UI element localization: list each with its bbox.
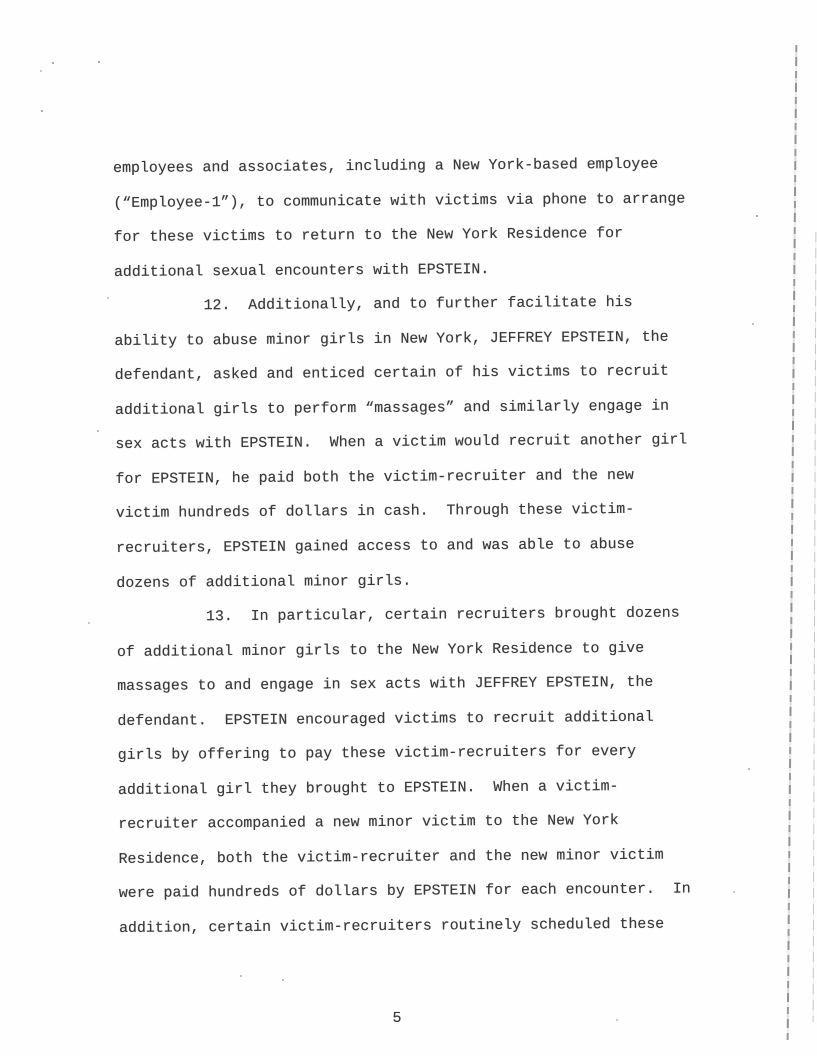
text-line: dozens of additional minor girls. bbox=[116, 562, 756, 602]
scan-speck bbox=[616, 1019, 618, 1021]
text-line: additional sexual encounters with EPSTEI… bbox=[114, 251, 754, 291]
text-line: (“Employee-1”), to communicate with vict… bbox=[113, 182, 753, 222]
text-line: Residence, both the victim-recruiter and… bbox=[118, 838, 758, 878]
text-line: addition, certain victim-recruiters rout… bbox=[119, 907, 759, 947]
text-line: additional girls to perform “massages” a… bbox=[115, 389, 755, 429]
text-line: ability to abuse minor girls in New York… bbox=[114, 320, 754, 360]
scanned-court-document-page: employees and associates, including a Ne… bbox=[0, 0, 817, 1056]
text-line: recruiters, EPSTEIN gained access to and… bbox=[116, 527, 756, 567]
paragraph-12: 12. Additionally, and to further facilit… bbox=[114, 285, 756, 601]
scan-speck bbox=[240, 975, 242, 977]
body-text: employees and associates, including a Ne… bbox=[113, 147, 759, 947]
text-line: additional girl they brought to EPSTEIN.… bbox=[118, 769, 758, 809]
scan-artifact-edge-line bbox=[813, 232, 817, 1022]
scan-speck bbox=[97, 430, 99, 432]
paragraph-continuation: employees and associates, including a Ne… bbox=[113, 147, 754, 290]
scan-speck bbox=[282, 979, 284, 981]
text-line: for EPSTEIN, he paid both the victim-rec… bbox=[115, 458, 755, 498]
scan-speck bbox=[748, 768, 750, 770]
text-line: 13. In particular, certain recruiters br… bbox=[117, 596, 757, 636]
scan-speck bbox=[756, 215, 758, 217]
text-line: of additional minor girls to the New Yor… bbox=[117, 631, 757, 671]
text-line: for these victims to return to the New Y… bbox=[114, 216, 754, 256]
paragraph-13: 13. In particular, certain recruiters br… bbox=[117, 596, 760, 946]
text-line: victim hundreds of dollars in cash. Thro… bbox=[116, 492, 756, 532]
text-line: sex acts with EPSTEIN. When a victim wou… bbox=[115, 423, 755, 463]
scan-speck bbox=[733, 891, 735, 893]
text-line: employees and associates, including a Ne… bbox=[113, 147, 753, 187]
scan-speck bbox=[98, 61, 100, 63]
text-line: massages to and engage in sex acts with … bbox=[117, 665, 757, 705]
scan-speck bbox=[107, 297, 109, 299]
text-line: 12. Additionally, and to further facilit… bbox=[114, 285, 754, 325]
scan-speck bbox=[40, 70, 42, 72]
scan-speck bbox=[52, 62, 54, 64]
scan-speck bbox=[88, 622, 90, 624]
page-number: 5 bbox=[382, 1004, 412, 1034]
scan-speck bbox=[752, 323, 754, 325]
text-line: defendant, asked and enticed certain of … bbox=[115, 354, 755, 394]
text-line: recruiter accompanied a new minor victim… bbox=[118, 803, 758, 843]
text-line: girls by offering to pay these victim-re… bbox=[118, 734, 758, 774]
text-line: defendant. EPSTEIN encouraged victims to… bbox=[117, 700, 757, 740]
scan-artifact-line bbox=[787, 45, 797, 1040]
scan-speck bbox=[41, 110, 43, 112]
text-line: were paid hundreds of dollars by EPSTEIN… bbox=[119, 872, 759, 912]
